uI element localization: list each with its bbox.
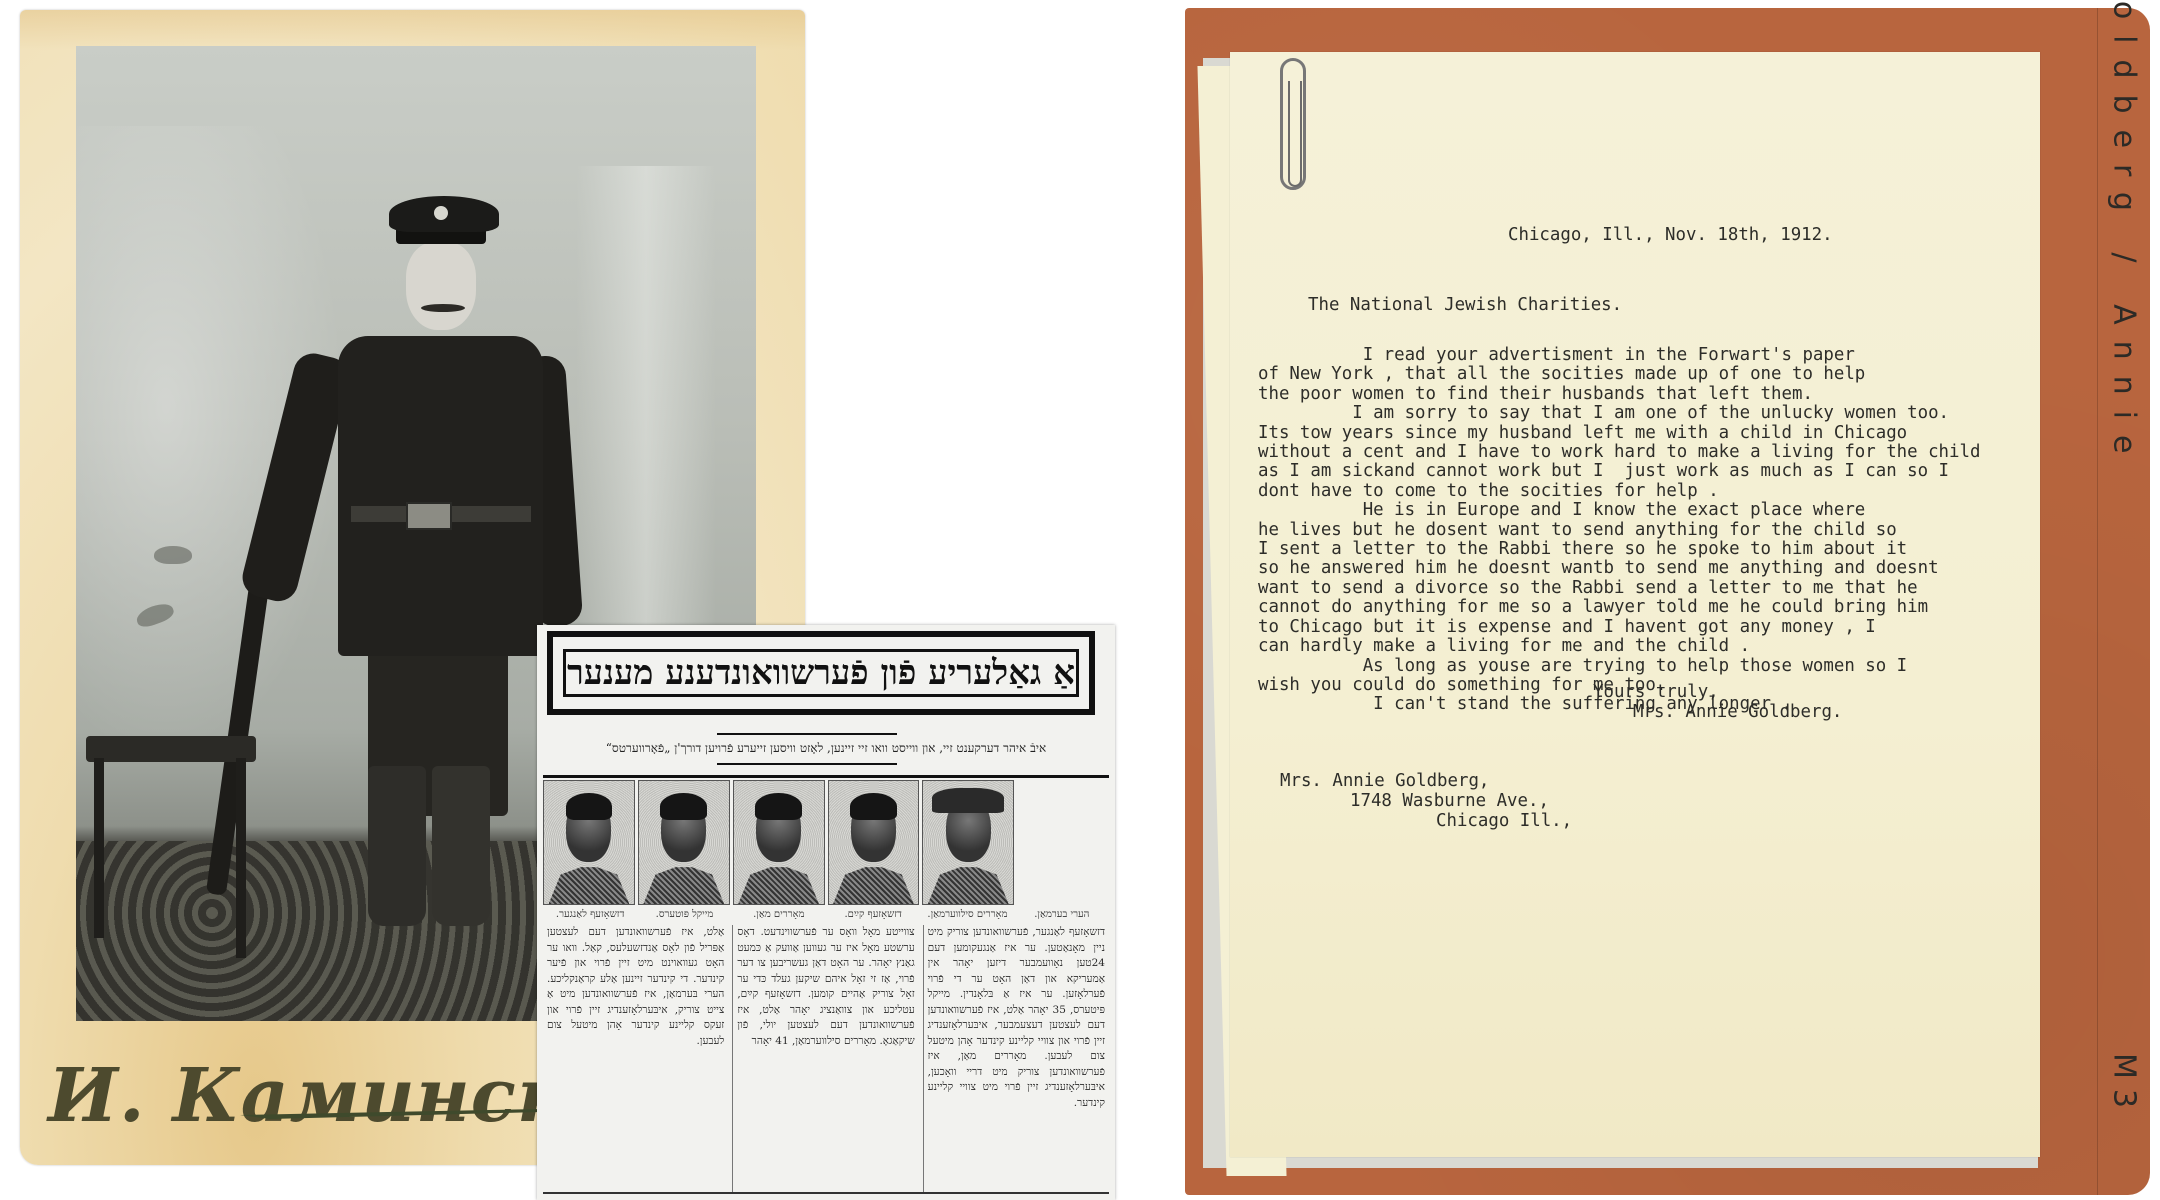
letter-line: Its tow years since my husband left me w… — [1258, 424, 1980, 443]
article-columns: דזשאָזעף לאַנגער, פֿערשוואונדען צוריק מי… — [543, 925, 1109, 1192]
divider-rule — [543, 775, 1109, 778]
face — [406, 242, 476, 330]
letter-line: As long as youse are trying to help thos… — [1258, 657, 1980, 676]
portrait-caption: מאָררים מאַן. — [732, 909, 826, 920]
article-column: אַלט, איז פֿערשוואונדען דעם לעצטען אַפּר… — [543, 925, 728, 1192]
portrait-photo — [638, 780, 730, 905]
letter-line: he lives but he dosent want to send anyt… — [1258, 521, 1980, 540]
divider-rule — [717, 763, 897, 765]
portrait-caption: דזשאָזעף קײַם. — [826, 909, 920, 920]
chair-seat — [86, 736, 256, 762]
folder-tab-code: M3 — [2107, 1053, 2142, 1118]
cap-badge-icon — [434, 206, 448, 220]
right-boot — [432, 766, 490, 926]
letter-line: so he answered him he doesnt wantb to se… — [1258, 559, 1980, 578]
left-arm — [238, 349, 353, 605]
letter-dateline: Chicago, Ill., Nov. 18th, 1912. — [1508, 226, 1833, 245]
letter-signature: Mrs. Annie Goldberg. — [1633, 703, 1842, 722]
article-column: צווייטע מאָל וואָס ער פֿערשווינדעט. דאָס… — [732, 925, 918, 1192]
portrait-photo — [733, 780, 825, 905]
newspaper-clipping: אַ גאַלעריע פֿון פֿערשוואונדענע מענער אי… — [537, 625, 1115, 1200]
portrait-caption: הערי בערמאַן. — [1015, 909, 1109, 920]
return-address-city: Chicago Ill., — [1436, 812, 1572, 831]
clipping-subheadline: איבֿ איהר דערקענט זיי, און ווייסט וואו ז… — [547, 741, 1105, 756]
clipping-headline: אַ גאַלעריע פֿון פֿערשוואונדענע מענער — [567, 653, 1075, 693]
letter-line: I sent a letter to the Rabbi there so he… — [1258, 540, 1980, 559]
letter-line: I read your advertisment in the Forwart'… — [1258, 346, 1980, 365]
portrait-caption: דזשאָזעף לאַנגער. — [543, 909, 637, 920]
letter-body: I read your advertisment in the Forwart'… — [1258, 346, 1980, 715]
letter-line: dont have to come to the socities for he… — [1258, 482, 1980, 501]
headline-frame: אַ גאַלעריע פֿון פֿערשוואונדענע מענער — [547, 631, 1095, 715]
portrait-caption: מאָררים סילווערמאַן. — [920, 909, 1014, 920]
letter-line: the poor women to find their husbands th… — [1258, 385, 1980, 404]
folder-tab-label: Goldberg / Annie — [2107, 0, 2142, 469]
belt-buckle — [406, 502, 452, 530]
letter-salutation: The National Jewish Charities. — [1308, 296, 1622, 315]
article-column: דזשאָזעף לאַנגער, פֿערשוואונדען צוריק מי… — [923, 925, 1109, 1192]
portrait-captions: דזשאָזעף לאַנגער. מייקל פּוטערס. מאָררים… — [543, 909, 1109, 920]
uniform-tunic — [338, 336, 543, 656]
folder-tab: Goldberg / Annie M3 — [2097, 8, 2150, 1195]
missing-men-portraits — [543, 780, 1109, 905]
portrait-photo — [543, 780, 635, 905]
divider-rule — [717, 733, 897, 735]
portrait-caption: מייקל פּוטערס. — [637, 909, 731, 920]
letter-line: of New York , that all the socities made… — [1258, 365, 1980, 384]
letter-line: as I am sickand cannot work but I just w… — [1258, 462, 1980, 481]
letter-line: He is in Europe and I know the exact pla… — [1258, 501, 1980, 520]
left-boot — [368, 766, 426, 926]
paperclip-icon — [1280, 58, 1306, 190]
return-address-name: Mrs. Annie Goldberg, — [1280, 772, 1489, 791]
divider-rule — [543, 1192, 1109, 1194]
chair-leg — [94, 758, 104, 938]
letter-closing: Yours truly, — [1593, 683, 1719, 702]
portrait-photo — [828, 780, 920, 905]
letter-line: without a cent and I have to work hard t… — [1258, 443, 1980, 462]
letter-line: to Chicago but it is expense and I haven… — [1258, 618, 1980, 637]
letter-line: I am sorry to say that I am one of the u… — [1258, 404, 1980, 423]
letter-line: can hardly make a living for me and the … — [1258, 637, 1980, 656]
letter-line: want to send a divorce so the Rabbi send… — [1258, 579, 1980, 598]
letter-line: cannot do anything for me so a lawyer to… — [1258, 598, 1980, 617]
chair-leg — [236, 758, 246, 958]
return-address-street: 1748 Wasburne Ave., — [1350, 792, 1549, 811]
mustache — [421, 304, 465, 312]
portrait-photo — [922, 780, 1014, 905]
